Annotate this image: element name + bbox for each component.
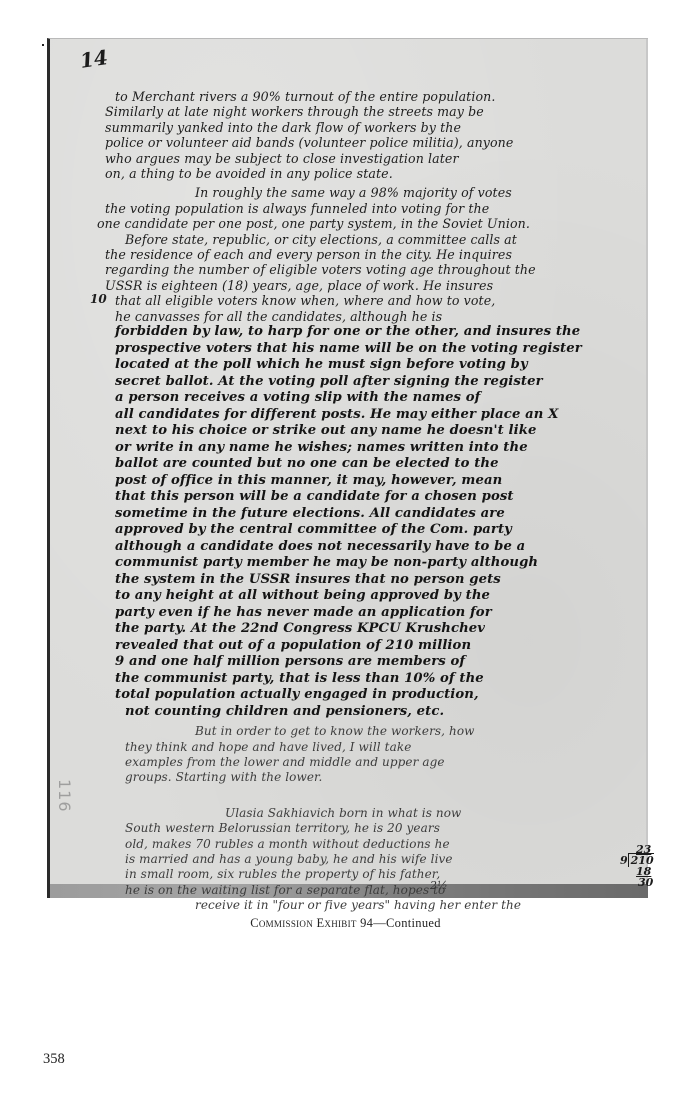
text-line: to Merchant rivers a 90% turnout of the … — [105, 89, 625, 104]
text-line: the voting population is always funneled… — [105, 201, 625, 216]
text-line: the system in the USSR insures that no p… — [105, 572, 625, 589]
manuscript-page-note: 2½ — [430, 879, 448, 892]
margin-calculation: 23 9210 18 30 — [620, 844, 654, 888]
text-line: party even if he has never made an appli… — [105, 605, 625, 622]
caption-exhibit-label: Commission Exhibit 94 — [250, 916, 373, 930]
text-line: one candidate per one post, one party sy… — [97, 216, 625, 231]
handwritten-page-number: 14 — [78, 45, 109, 73]
text-line: post of office in this manner, it may, h… — [105, 473, 625, 490]
scan-margin-dot — [42, 44, 44, 46]
text-line: groups. Starting with the lower. — [105, 770, 625, 785]
print-page-number: 358 — [43, 1051, 65, 1068]
scan-right-edge — [646, 39, 648, 898]
text-line: secret ballot. At the voting poll after … — [105, 374, 625, 391]
text-line: total population actually engaged in pro… — [105, 687, 625, 704]
text-line: who argues may be subject to close inves… — [105, 151, 625, 166]
text-line: approved by the central committee of the… — [105, 522, 625, 539]
paragraph-4: Ulasia Sakhiavich born in what is now So… — [105, 806, 625, 914]
text-line: on, a thing to be avoided in any police … — [105, 166, 625, 181]
text-line: in small room, six rubles the property o… — [105, 867, 625, 882]
text-line: next to his choice or strike out any nam… — [105, 423, 625, 440]
text-line: 9 and one half million persons are membe… — [105, 654, 625, 671]
text-line: or write in any name he wishes; names wr… — [105, 440, 625, 457]
text-line: summarily yanked into the dark flow of w… — [105, 120, 625, 135]
calc-divisor: 9 — [620, 854, 628, 867]
text-line: Similarly at late night workers through … — [105, 104, 625, 119]
text-line: Before state, republic, or city election… — [105, 232, 625, 247]
text-line: that all eligible voters know when, wher… — [105, 293, 625, 308]
text-line: located at the poll which he must sign b… — [105, 357, 625, 374]
text-line: revealed that out of a population of 210… — [105, 638, 625, 655]
text-line: the communist party, that is less than 1… — [105, 671, 625, 688]
text-line: regarding the number of eligible voters … — [105, 262, 625, 277]
calc-remainder: 30 — [620, 877, 654, 888]
text-line: ballot are counted but no one can be ele… — [105, 456, 625, 473]
paragraph-2: In roughly the same way a 98% majority o… — [105, 185, 625, 720]
text-line: police or volunteer aid bands (volunteer… — [105, 135, 625, 150]
text-line: communist party member he may be non-par… — [105, 555, 625, 572]
text-line: to any height at all without being appro… — [105, 588, 625, 605]
handwritten-text-body: to Merchant rivers a 90% turnout of the … — [105, 89, 625, 914]
archive-stamp-number: 116 — [55, 779, 74, 813]
text-line: is married and has a young baby, he and … — [105, 852, 625, 867]
text-line: examples from the lower and middle and u… — [105, 755, 625, 770]
paragraph-3: But in order to get to know the workers,… — [105, 724, 625, 786]
text-line: that this person will be a candidate for… — [105, 489, 625, 506]
text-line: the residence of each and every person i… — [105, 247, 625, 262]
text-line: But in order to get to know the workers,… — [105, 724, 625, 739]
text-line: Ulasia Sakhiavich born in what is now — [105, 806, 625, 821]
text-line: he canvasses for all the candidates, alt… — [105, 309, 625, 324]
text-line: prospective voters that his name will be… — [105, 341, 625, 358]
text-line: they think and hope and have lived, I wi… — [105, 740, 625, 755]
text-line: all candidates for different posts. He m… — [105, 407, 625, 424]
text-line: USSR is eighteen (18) years, age, place … — [105, 278, 625, 293]
text-line: the party. At the 22nd Congress KPCU Kru… — [105, 621, 625, 638]
text-line: receive it in "four or five years" havin… — [105, 898, 625, 913]
text-line: South western Belorussian territory, he … — [105, 821, 625, 836]
text-line: a person receives a voting slip with the… — [105, 390, 625, 407]
text-line: In roughly the same way a 98% majority o… — [105, 185, 625, 200]
text-line: old, makes 70 rubles a month without ded… — [105, 837, 625, 852]
exhibit-caption: Commission Exhibit 94—Continued — [0, 916, 691, 931]
text-line: sometime in the future elections. All ca… — [105, 506, 625, 523]
text-line: forbidden by law, to harp for one or the… — [105, 324, 625, 341]
text-line: although a candidate does not necessaril… — [105, 539, 625, 556]
text-line: not counting children and pensioners, et… — [105, 704, 625, 721]
paragraph-1: to Merchant rivers a 90% turnout of the … — [105, 89, 625, 181]
scanned-manuscript-page: 14 10 to Merchant rivers a 90% turnout o… — [47, 38, 648, 898]
text-line: he is on the waiting list for a separate… — [105, 883, 625, 898]
caption-suffix: —Continued — [373, 916, 441, 930]
